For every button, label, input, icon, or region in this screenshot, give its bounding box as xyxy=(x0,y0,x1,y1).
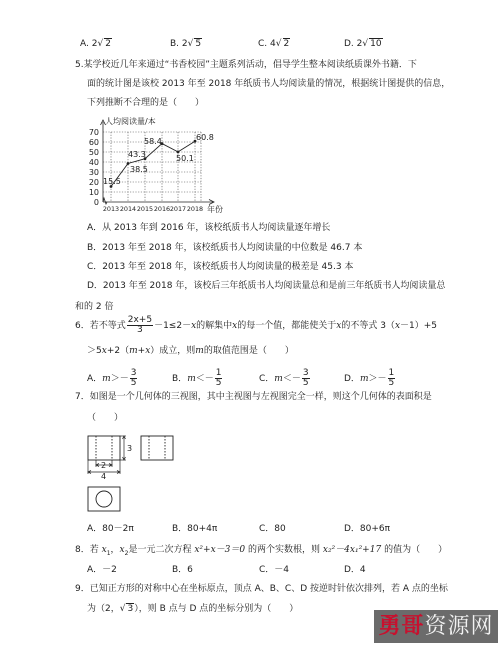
text: ＞5 xyxy=(87,346,102,356)
q7-line1: 7．如图是一个几何体的三视图，其中主视图与左视图完全一样，则这个几何体的表面积是 xyxy=(75,392,432,403)
denominator: 5 xyxy=(388,379,396,388)
fraction: 2x+53 xyxy=(127,316,153,335)
q8-line: 8．若 x1，x2是一元二次方程 x²+x－3＝0 的两个实数根，则 x₂²－4… xyxy=(75,545,447,559)
q7-option-b: B．80+4π xyxy=(172,524,217,535)
dim-height: 3 xyxy=(127,444,132,453)
sqrt-icon: √ xyxy=(97,39,103,49)
top-view xyxy=(88,487,120,511)
var: m xyxy=(129,346,138,356)
question-number: 7． xyxy=(75,392,90,402)
radicand: 2 xyxy=(104,38,112,49)
relation: ＜－ xyxy=(283,374,301,384)
fraction: 35 xyxy=(130,369,138,388)
q5-line1: 5.某学校近几年来通过“书香校园”主题系列活动，倡导学生整本阅读纸质课外书籍．下 xyxy=(75,60,417,71)
x-tick: 2017 xyxy=(170,205,186,213)
q4-option-d: D. 2√10 xyxy=(344,39,383,50)
question-number: 9． xyxy=(75,584,90,594)
three-view-figure: 3 2 4 xyxy=(80,433,180,515)
option-label: B. xyxy=(170,39,179,49)
data-label: 15.5 xyxy=(103,177,121,186)
var: m xyxy=(274,374,283,384)
q5-line3: 下列推断不合理的是（ ） xyxy=(87,98,204,109)
data-label: 38.5 xyxy=(130,165,148,174)
dim-width: 4 xyxy=(101,472,106,481)
q7-line2: （ ） xyxy=(87,413,123,424)
q6-option-a: A．m＞－35 xyxy=(87,369,138,388)
x-tick: 2018 xyxy=(187,205,203,213)
q7-stem: 如图是一个几何体的三视图，其中主视图与左视图完全一样，则这个几何体的表面积是 xyxy=(90,392,432,402)
question-number: 8． xyxy=(75,545,90,555)
radicand: 2 xyxy=(283,38,291,49)
q8-option-b: B．6 xyxy=(172,565,193,576)
reading-line-chart: 人均阅读量/本 70 60 50 40 30 20 10 0 2013 2014… xyxy=(68,112,233,216)
y-tick: 70 xyxy=(89,128,99,137)
text: 的解集中 xyxy=(196,321,232,331)
data-label: 50.1 xyxy=(176,154,194,163)
q4-option-b: B. 2√5 xyxy=(170,39,202,50)
text: 的两个实数根，则 xyxy=(248,545,320,555)
text: ， xyxy=(111,545,120,555)
var: m xyxy=(187,374,196,384)
q8-option-d: D．4 xyxy=(344,565,366,576)
text: 是一元二次方程 xyxy=(128,545,191,555)
sqrt-icon: √ xyxy=(276,39,282,49)
denominator: 3 xyxy=(127,326,153,335)
sqrt-icon: √ xyxy=(120,604,126,614)
radicand: 5 xyxy=(194,38,202,49)
data-points xyxy=(110,140,197,188)
equation: x²+x－3＝0 xyxy=(194,545,245,555)
y-tick: 30 xyxy=(89,168,99,177)
text: 的每一个值，都能使关于 xyxy=(237,321,336,331)
y-axis-label: 人均阅读量/本 xyxy=(105,116,156,126)
text: ），则 B 点与 D 点的坐标分别为（ ） xyxy=(134,604,298,614)
front-view xyxy=(88,436,120,460)
q9-line1: 9．已知正方形的对称中心在坐标原点，顶点 A、B、C、D 按逆时针依次排列，若 … xyxy=(75,584,448,595)
data-label: 43.3 xyxy=(128,150,146,159)
y-tick: 60 xyxy=(89,138,99,147)
relation: ＞－ xyxy=(368,374,386,384)
x-tick: 2014 xyxy=(120,205,136,213)
y-tick: 40 xyxy=(89,158,99,167)
text: －1≤2－ xyxy=(154,321,191,331)
side-view xyxy=(141,436,173,460)
option-label: D. xyxy=(344,39,354,49)
sqrt-icon: √ xyxy=(188,39,194,49)
denominator: 5 xyxy=(215,379,223,388)
option-label: A. xyxy=(80,39,89,49)
text: 的不等式 3（ xyxy=(341,321,395,331)
q5-line2: 面的统计图是该校 2013 年至 2018 年纸质书人均阅读量的情况，根据统计图… xyxy=(87,79,450,90)
x-tick: 2013 xyxy=(103,205,119,213)
var: m xyxy=(195,346,204,356)
denominator: 5 xyxy=(130,379,138,388)
x-tick: 2015 xyxy=(137,205,153,213)
text: ）成立，则 xyxy=(150,346,195,356)
y-tick: 10 xyxy=(89,188,99,197)
option-label: C． xyxy=(259,374,274,384)
q5-stem-1: 某学校近几年来通过“书香校园”主题系列活动，倡导学生整本阅读纸质课外书籍．下 xyxy=(84,60,417,70)
data-label: 58.4 xyxy=(144,137,162,146)
q5-option-d-cont: 和的 2 倍 xyxy=(75,302,113,313)
q6-option-d: D．m＞－15 xyxy=(344,369,396,388)
text: 为（2， xyxy=(87,604,120,614)
q5-option-b: B．2013 年至 2018 年，该校纸质书人均阅读量的中位数是 46.7 本 xyxy=(87,243,362,254)
expression: x₂²－4x₁²+17 xyxy=(323,545,381,555)
denominator: 5 xyxy=(302,379,310,388)
q5-option-a: A．从 2013 年到 2016 年，该校纸质书人均阅读量逐年增长 xyxy=(87,223,330,234)
x-axis-label: 年份 xyxy=(207,204,223,214)
q6-option-b: B．m＜－15 xyxy=(172,369,223,388)
q5-option-c: C．2013 年至 2018 年，该校纸质书人均阅读量的极差是 45.3 本 xyxy=(87,262,353,273)
y-tick: 50 xyxy=(89,148,99,157)
data-label: 60.8 xyxy=(196,133,214,142)
q9-stem: 已知正方形的对称中心在坐标原点，顶点 A、B、C、D 按逆时针依次排列，若 A … xyxy=(90,584,448,594)
question-number: 5. xyxy=(75,60,84,70)
y-tick-labels: 70 60 50 40 30 20 10 0 xyxy=(89,128,99,207)
fraction: 15 xyxy=(215,369,223,388)
text: +2（ xyxy=(107,346,129,356)
text: 若不等式 xyxy=(90,321,126,331)
data-labels: 15.5 38.5 43.3 58.4 50.1 60.8 xyxy=(103,133,214,186)
q7-option-c: C．80 xyxy=(259,524,286,535)
q4-option-a: A. 2√2 xyxy=(80,39,112,50)
q8-option-a: A．－2 xyxy=(87,565,117,576)
height-dimension xyxy=(120,436,126,460)
question-number: 6． xyxy=(75,321,90,331)
option-label: A． xyxy=(87,374,102,384)
fraction: 15 xyxy=(388,369,396,388)
q4-option-c: C. 4√2 xyxy=(258,39,290,50)
watermark-white-text: 资源网 xyxy=(425,614,494,639)
fraction: 35 xyxy=(302,369,310,388)
data-line xyxy=(111,141,195,186)
sqrt-icon: √ xyxy=(362,39,368,49)
relation: ＜－ xyxy=(196,374,214,384)
y-tick: 0 xyxy=(94,198,99,207)
x-tick: 2016 xyxy=(154,205,170,213)
y-tick: 20 xyxy=(89,178,99,187)
relation: ＞－ xyxy=(111,374,129,384)
q8-option-c: C．－4 xyxy=(259,565,289,576)
q6-option-c: C．m＜－35 xyxy=(259,369,311,388)
q5-option-d: D．2013 年至 2018 年，该校后三年纸质书人均阅读量总和是前三年纸质书人… xyxy=(87,281,445,292)
q9-line2: 为（2，√3），则 B 点与 D 点的坐标分别为（ ） xyxy=(87,604,298,615)
option-label: D． xyxy=(344,374,360,384)
q7-option-d: D．80+6π xyxy=(344,524,390,535)
watermark-red-text: 勇哥 xyxy=(378,614,424,639)
radicand: 10 xyxy=(369,38,382,49)
text: －1）+5 xyxy=(400,321,437,331)
watermark-logo: 勇哥资源网 xyxy=(374,610,498,643)
option-label: B． xyxy=(172,374,187,384)
text: 的值为（ ） xyxy=(384,545,447,555)
q6-line1: 6．若不等式2x+53－1≤2－x的解集中x的每一个值，都能使关于x的不等式 3… xyxy=(75,316,437,335)
text: 若 xyxy=(90,545,99,555)
q7-option-a: A．80－2π xyxy=(87,524,134,535)
q6-line2: ＞5x+2（m+x）成立，则m的取值范围是（ ） xyxy=(87,346,294,357)
text: 的取值范围是（ ） xyxy=(204,346,294,356)
option-label: C. xyxy=(258,39,267,49)
x-tick-labels: 2013 2014 2015 2016 2017 2018 xyxy=(103,205,203,213)
dim-inner: 2 xyxy=(101,461,106,470)
var: m xyxy=(102,374,111,384)
